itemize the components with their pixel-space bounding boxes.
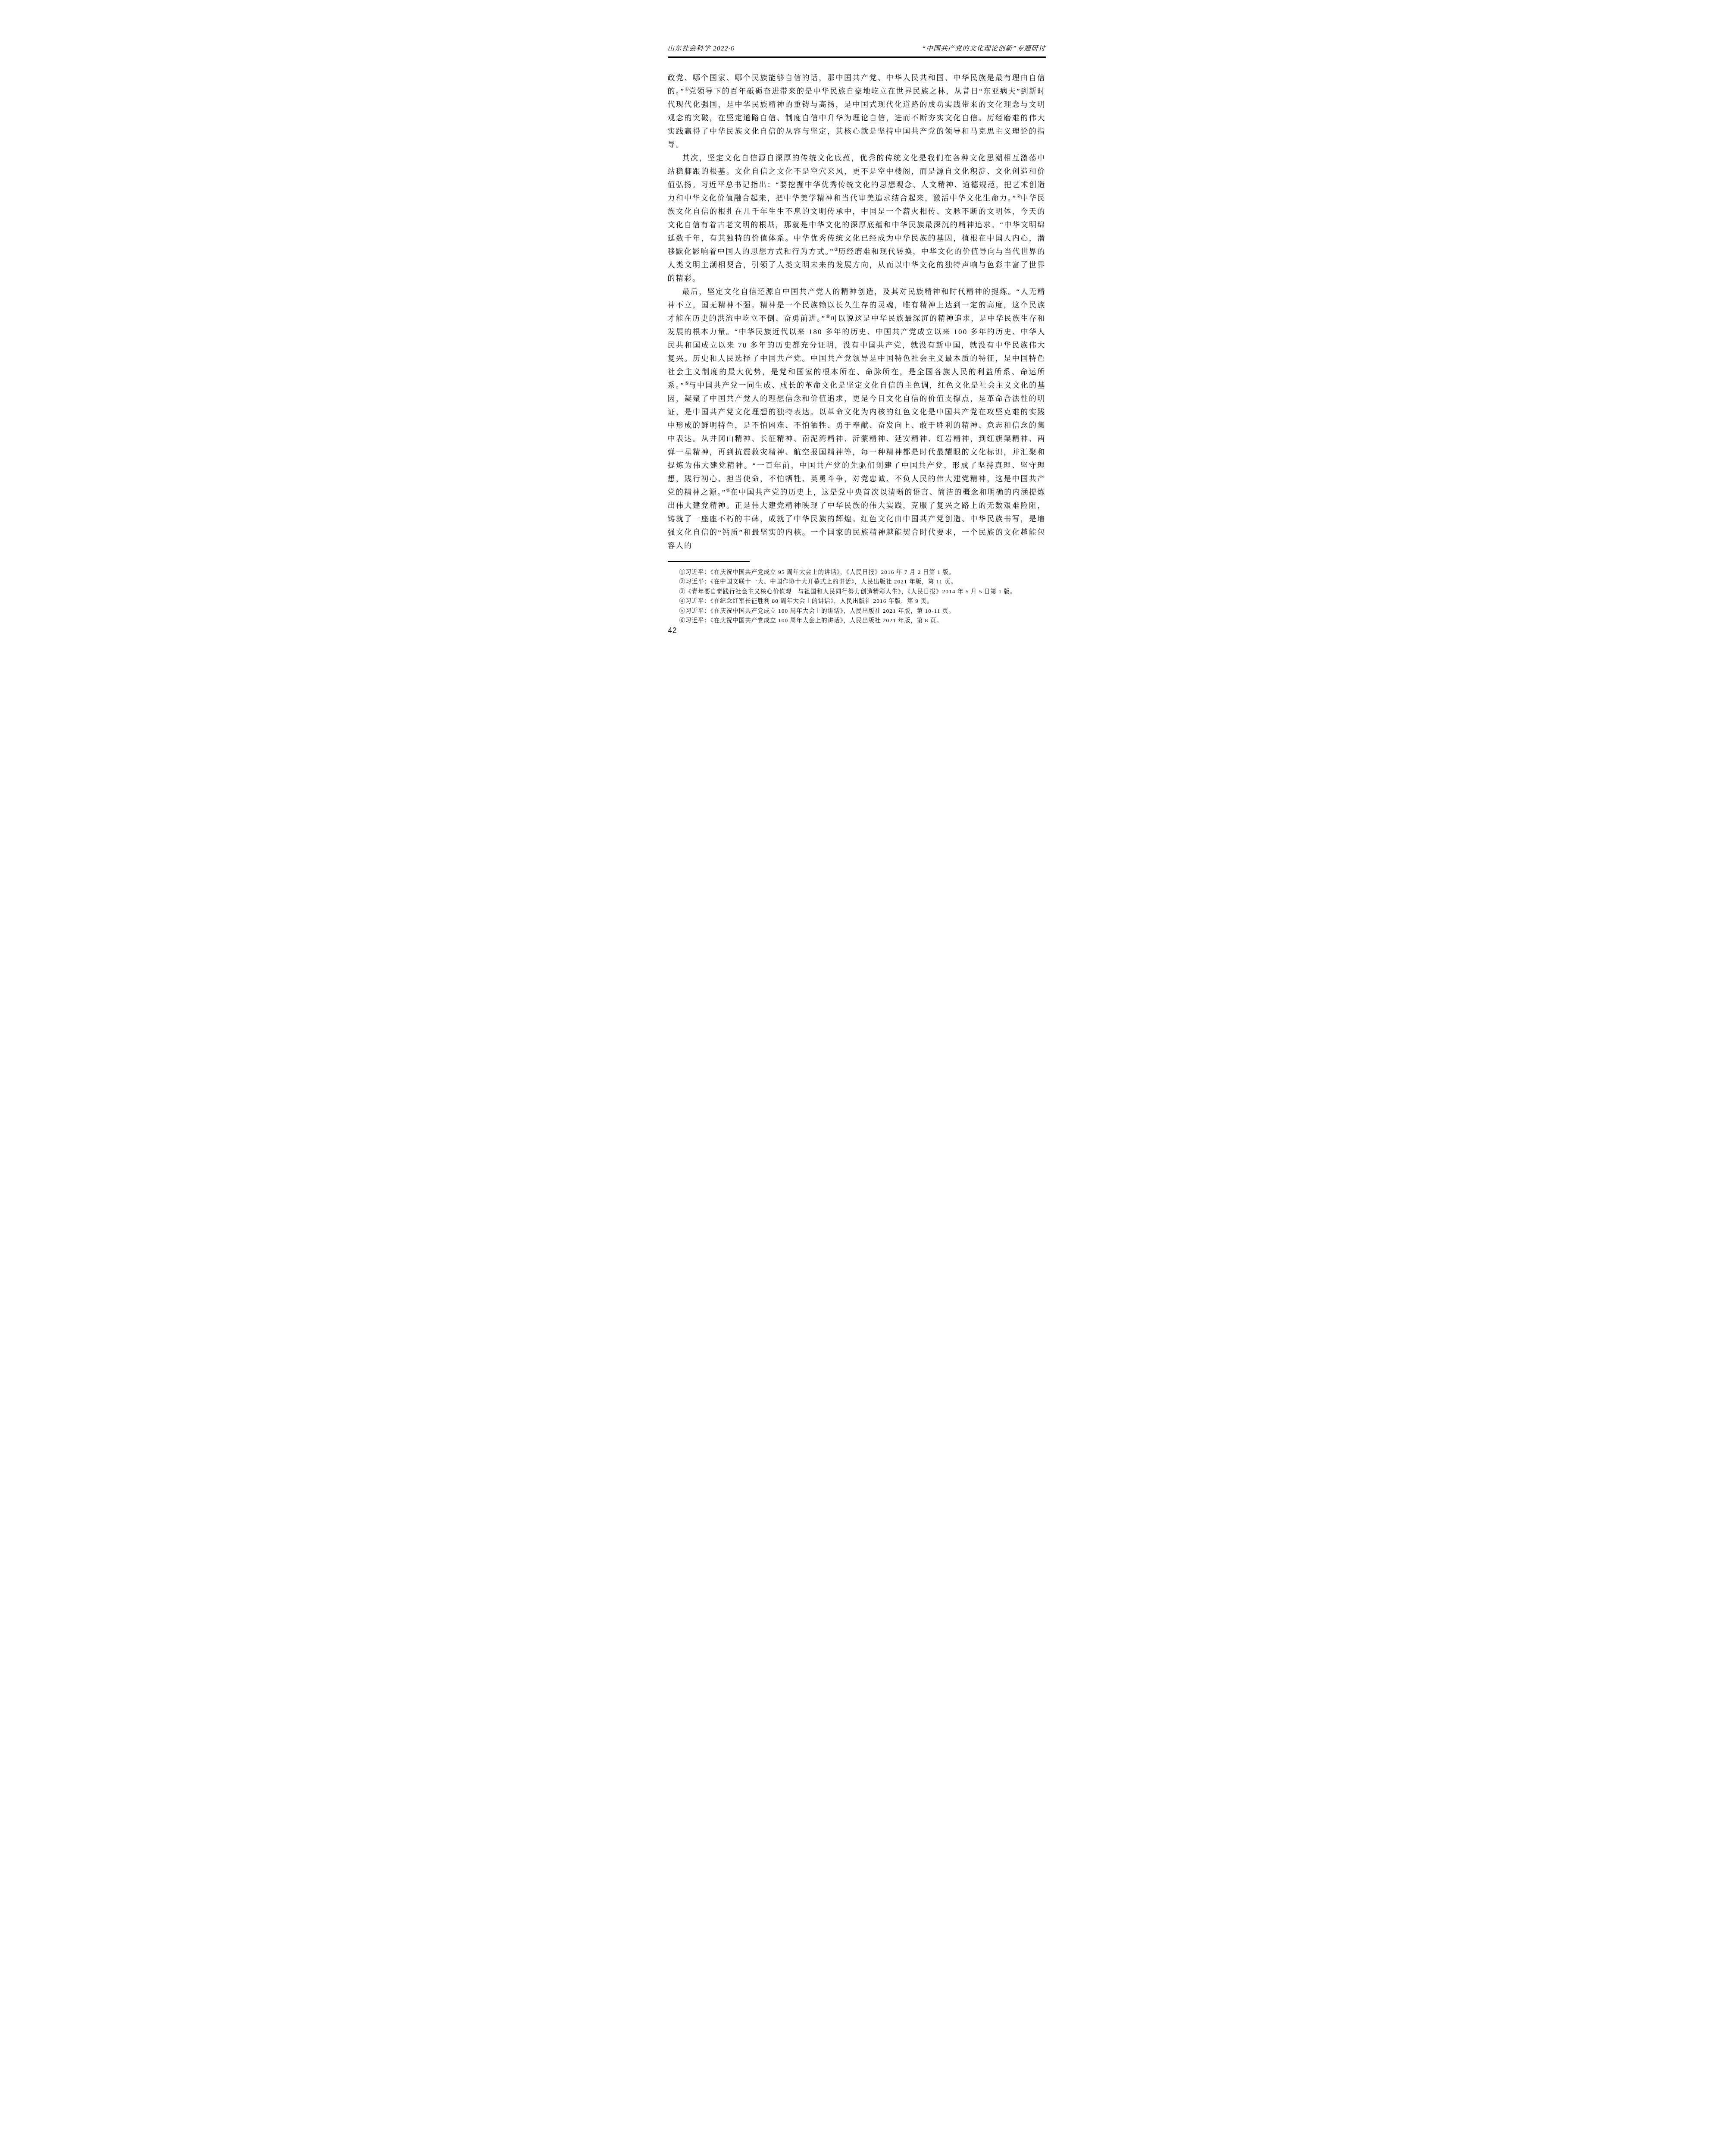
header-rule [668, 56, 1046, 58]
page-header: 山东社会科学 2022·6 “中国共产党的文化理论创新”专题研讨 [618, 0, 1093, 53]
footnote-separator [668, 561, 750, 562]
footnote-marker: ⑥ [679, 617, 686, 624]
page-number: 42 [668, 626, 677, 635]
footnote: ③《青年要自觉践行社会主义核心价值观 与祖国和人民同行努力创造精彩人生》，《人民… [668, 587, 1048, 597]
footnote-marker: ④ [679, 598, 686, 604]
footnote-text: 习近平：《在庆祝中国共产党成立 100 周年大会上的讲话》，人民出版社 2021… [685, 617, 943, 624]
footnote: ①习近平：《在庆祝中国共产党成立 95 周年大会上的讲话》，《人民日报》2016… [668, 567, 1048, 577]
article-body: 政党、哪个国家、哪个民族能够自信的话，那中国共产党、中华人民共和国、中华民族是最… [668, 71, 1046, 552]
body-paragraph: 最后，坚定文化自信还源自中国共产党人的精神创造，及其对民族精神和时代精神的提炼。… [668, 285, 1046, 552]
journal-page: 山东社会科学 2022·6 “中国共产党的文化理论创新”专题研讨 政党、哪个国家… [618, 0, 1093, 672]
footnote-marker: ② [679, 578, 686, 585]
footnote-text: 习近平：《在纪念红军长征胜利 80 周年大会上的讲话》，人民出版社 2016 年… [685, 598, 933, 604]
footnote-text: 习近平：《在庆祝中国共产党成立 100 周年大会上的讲话》，人民出版社 2021… [685, 608, 955, 614]
footnote-marker: ⑤ [679, 608, 686, 614]
footnote: ②习近平：《在中国文联十一大、中国作协十大开幕式上的讲话》，人民出版社 2021… [668, 577, 1048, 587]
footnote: ⑤习近平：《在庆祝中国共产党成立 100 周年大会上的讲话》，人民出版社 202… [668, 606, 1048, 616]
footnotes: ①习近平：《在庆祝中国共产党成立 95 周年大会上的讲话》，《人民日报》2016… [668, 567, 1048, 626]
footnote-marker: ③ [679, 588, 686, 595]
footnote-text: 习近平：《在庆祝中国共产党成立 95 周年大会上的讲话》，《人民日报》2016 … [685, 569, 955, 575]
footnote-text: 《青年要自觉践行社会主义核心价值观 与祖国和人民同行努力创造精彩人生》，《人民日… [685, 588, 1016, 595]
body-paragraph: 政党、哪个国家、哪个民族能够自信的话，那中国共产党、中华人民共和国、中华民族是最… [668, 71, 1046, 151]
footnote-marker: ① [679, 569, 686, 575]
footnote-text: 习近平：《在中国文联十一大、中国作协十大开幕式上的讲话》，人民出版社 2021 … [685, 578, 957, 585]
journal-title: 山东社会科学 2022·6 [668, 43, 735, 53]
footnote: ⑥习近平：《在庆祝中国共产党成立 100 周年大会上的讲话》，人民出版社 202… [668, 616, 1048, 626]
body-paragraph: 其次，坚定文化自信源自深厚的传统文化底蕴，优秀的传统文化是我们在各种文化思潮相互… [668, 151, 1046, 285]
footnote: ④习近平：《在纪念红军长征胜利 80 周年大会上的讲话》，人民出版社 2016 … [668, 596, 1048, 606]
section-topic: “中国共产党的文化理论创新”专题研讨 [922, 43, 1046, 53]
